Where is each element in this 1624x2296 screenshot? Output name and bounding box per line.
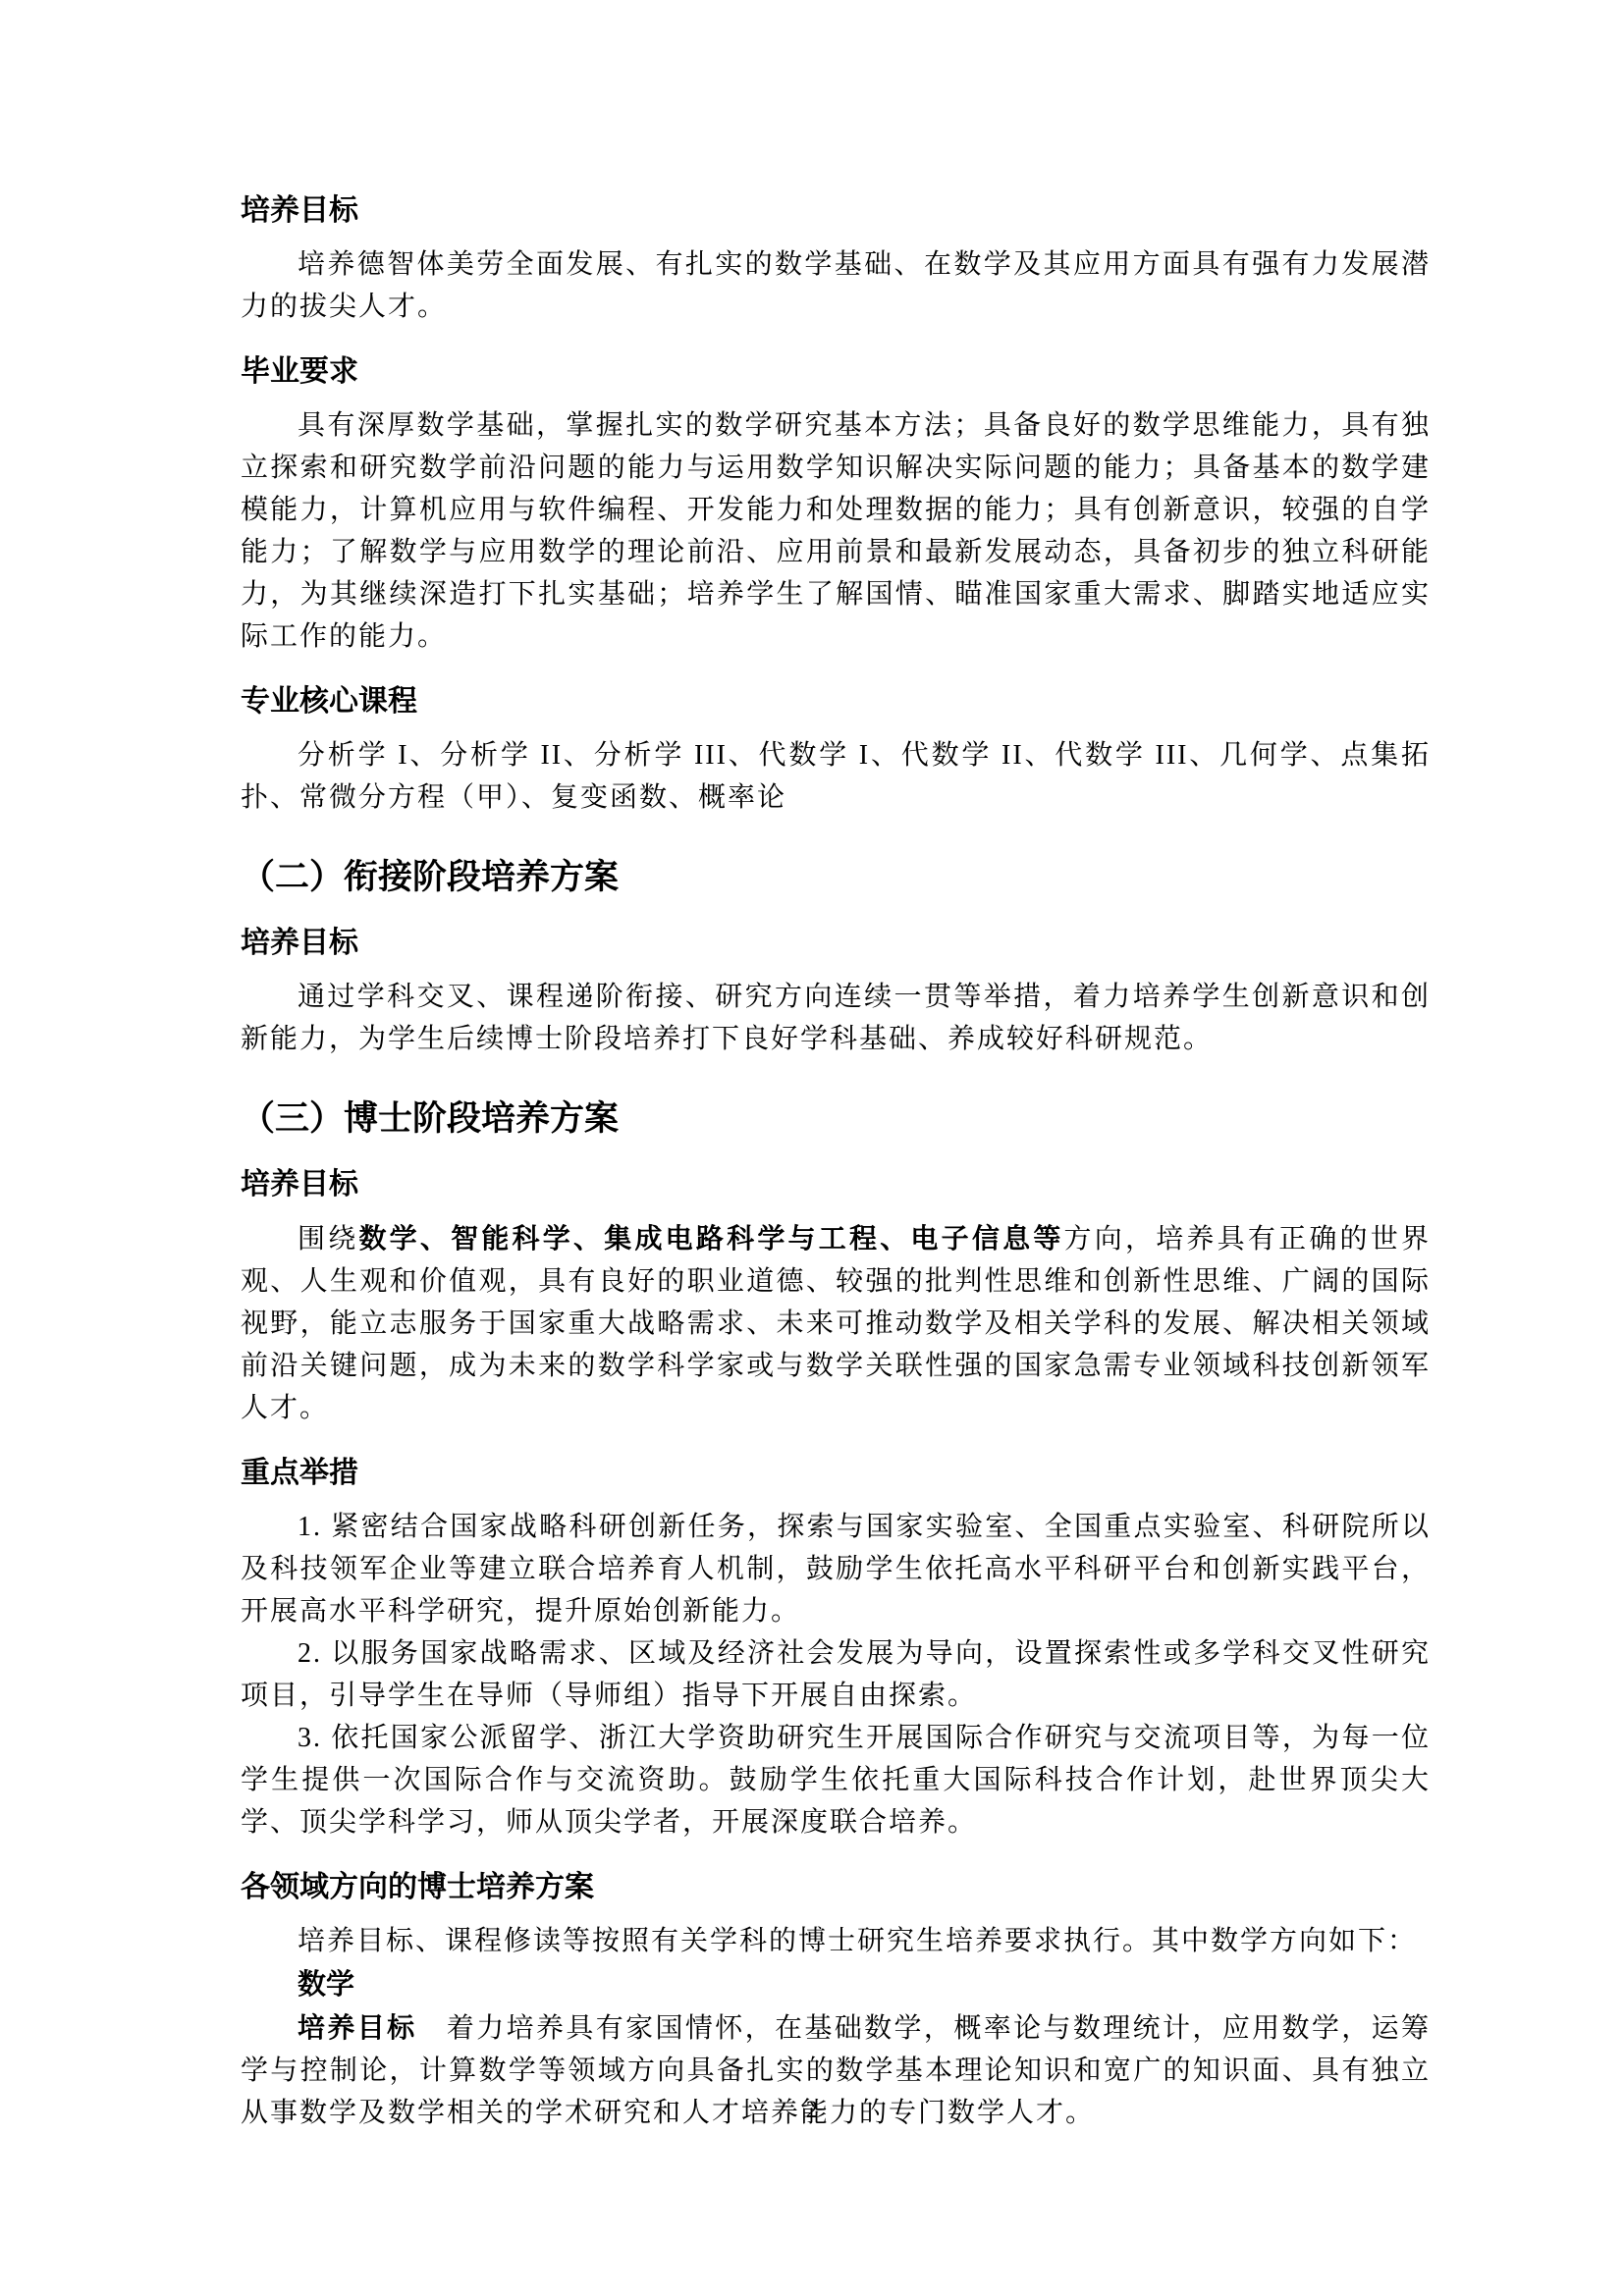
text-run: 培养德智体美劳全面发展、有扎实的数学基础、在数学及其应用方面具有强有力发展潜力的… [241, 249, 1431, 322]
body-paragraph: 培养目标、课程修读等按照有关学科的博士研究生培养要求执行。其中数学方向如下： [241, 1920, 1431, 1962]
text-run: 具有深厚数学基础，掌握扎实的数学研究基本方法；具备良好的数学思维能力，具有独立探… [241, 410, 1431, 652]
bold-text-run: 数学、智能科学、集成电路科学与工程、电子信息等 [358, 1223, 1063, 1254]
body-paragraph: 分析学 I、分析学 II、分析学 III、代数学 I、代数学 II、代数学 II… [241, 734, 1431, 819]
body-paragraph: 具有深厚数学基础，掌握扎实的数学研究基本方法；具备良好的数学思维能力，具有独立探… [241, 404, 1431, 658]
bold-text-run: 培养目标 [298, 2012, 417, 2043]
text-run: 3. 依托国家公派留学、浙江大学资助研究生开展国际合作研究与交流项目等，为每一位… [241, 1723, 1431, 1838]
sub-subsection-heading: 数学 [241, 1964, 1431, 2006]
document-page: 培养目标培养德智体美劳全面发展、有扎实的数学基础、在数学及其应用方面具有强有力发… [0, 0, 1624, 2296]
page-number: 2 [0, 2095, 1624, 2126]
text-run: 方向，培养具有正确的世界观、人生观和价值观，具有良好的职业道德、较强的批判性思维… [241, 1224, 1431, 1423]
subsection-heading: 培养目标 [241, 925, 1431, 962]
text-run: 分析学 I、分析学 II、分析学 III、代数学 I、代数学 II、代数学 II… [241, 740, 1431, 813]
body-paragraph: 2. 以服务国家战略需求、区域及经济社会发展为导向，设置探索性或多学科交叉性研究… [241, 1632, 1431, 1717]
text-run: 培养目标、课程修读等按照有关学科的博士研究生培养要求执行。其中数学方向如下： [298, 1926, 1417, 1956]
subsection-heading: 毕业要求 [241, 353, 1431, 391]
text-run: 1. 紧密结合国家战略科研创新任务，探索与国家实验室、全国重点实验室、科研院所以… [241, 1512, 1431, 1627]
text-run: 2. 以服务国家战略需求、区域及经济社会发展为导向，设置探索性或多学科交叉性研究… [241, 1638, 1431, 1711]
subsection-heading: 培养目标 [241, 1166, 1431, 1203]
body-paragraph: 1. 紧密结合国家战略科研创新任务，探索与国家实验室、全国重点实验室、科研院所以… [241, 1506, 1431, 1632]
section-heading: （二）衔接阶段培养方案 [241, 856, 1431, 899]
body-paragraph: 3. 依托国家公派留学、浙江大学资助研究生开展国际合作研究与交流项目等，为每一位… [241, 1717, 1431, 1843]
subsection-heading: 专业核心课程 [241, 683, 1431, 721]
body-paragraph: 通过学科交叉、课程递阶衔接、研究方向连续一贯等举措，着力培养学生创新意识和创新能… [241, 976, 1431, 1060]
body-paragraph: 围绕数学、智能科学、集成电路科学与工程、电子信息等方向，培养具有正确的世界观、人… [241, 1217, 1431, 1429]
subsection-heading: 培养目标 [241, 192, 1431, 230]
document-content: 培养目标培养德智体美劳全面发展、有扎实的数学基础、在数学及其应用方面具有强有力发… [241, 167, 1431, 2134]
text-run: 围绕 [298, 1224, 358, 1255]
subsection-heading: 重点举措 [241, 1455, 1431, 1492]
subsection-heading: 各领域方向的博士培养方案 [241, 1869, 1431, 1906]
section-heading: （三）博士阶段培养方案 [241, 1097, 1431, 1141]
body-paragraph: 培养德智体美劳全面发展、有扎实的数学基础、在数学及其应用方面具有强有力发展潜力的… [241, 243, 1431, 328]
text-run: 通过学科交叉、课程递阶衔接、研究方向连续一贯等举措，着力培养学生创新意识和创新能… [241, 982, 1431, 1054]
